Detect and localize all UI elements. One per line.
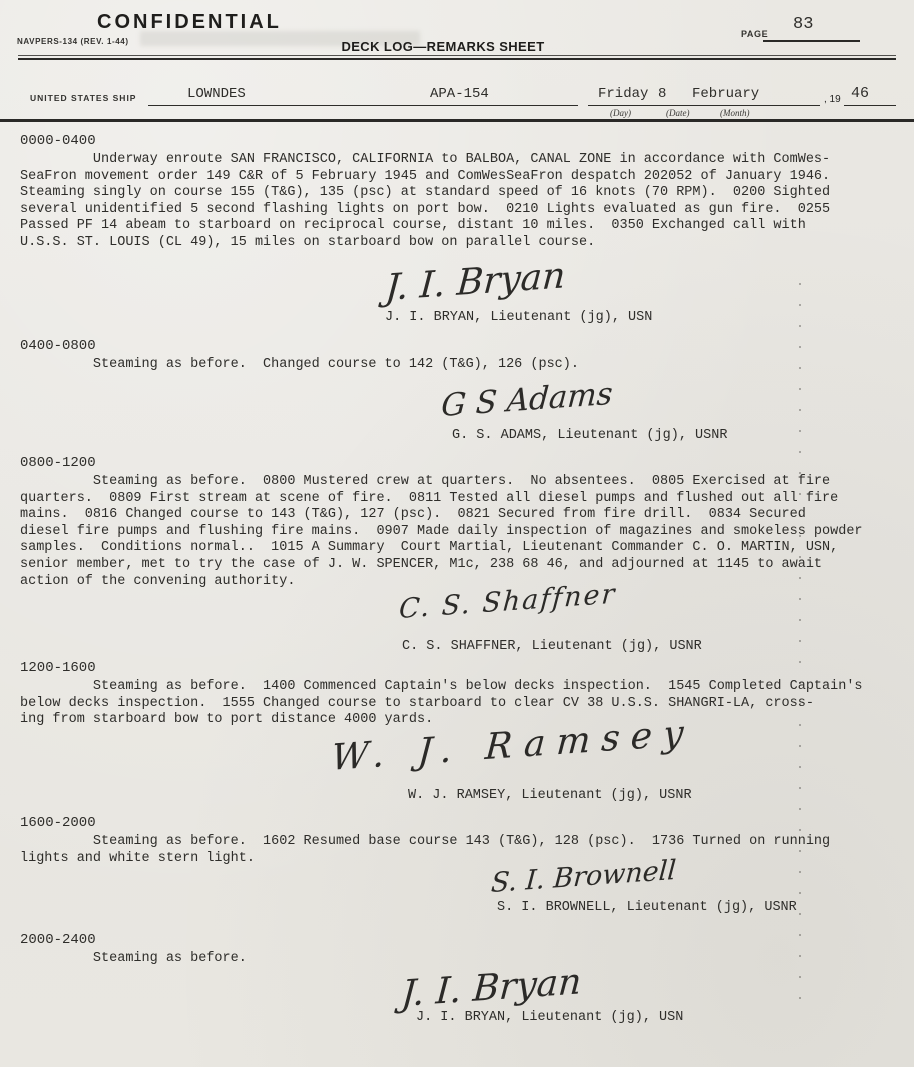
signature-script: J. I. Bryan [384, 255, 567, 309]
year-value: 46 [851, 85, 869, 102]
form-number: NAVPERS-134 (REV. 1-44) [17, 37, 129, 46]
ship-label: UNITED STATES SHIP [30, 93, 136, 103]
header-rule-thick [18, 58, 896, 60]
entry-time-range: 1200-1600 [20, 660, 96, 676]
ship-name: LOWNDES [187, 86, 246, 102]
entry-text: Underway enroute SAN FRANCISCO, CALIFORN… [20, 152, 830, 252]
signature-typed: J. I. BRYAN, Lieutenant (jg), USN [416, 1010, 683, 1025]
entry-time-range: 0400-0800 [20, 338, 96, 354]
entry-text: Steaming as before. Changed course to 14… [20, 357, 579, 374]
entry-time-range: 1600-2000 [20, 815, 96, 831]
date-day: Friday [598, 86, 648, 102]
body-divider-rule [0, 119, 914, 122]
signature-typed: G. S. ADAMS, Lieutenant (jg), USNR [452, 428, 727, 443]
entry-text: Steaming as before. 1602 Resumed base co… [20, 834, 830, 867]
entry-time-range: 0000-0400 [20, 133, 96, 149]
signature-typed: S. I. BROWNELL, Lieutenant (jg), USNR [497, 900, 797, 915]
deck-log-page: { "classification": "CONFIDENTIAL", "for… [0, 0, 914, 1067]
form-title: DECK LOG—REMARKS SHEET [293, 39, 593, 54]
day-caption: (Day) [610, 108, 631, 118]
year-prefix: , 19 [824, 94, 841, 105]
signature-typed: J. I. BRYAN, Lieutenant (jg), USN [385, 310, 652, 325]
month-caption: (Month) [720, 108, 750, 118]
entry-text: Steaming as before. 1400 Commenced Capta… [20, 679, 863, 729]
page-number: 83 [793, 15, 813, 34]
signature-typed: C. S. SHAFFNER, Lieutenant (jg), USNR [402, 639, 702, 654]
page-number-line [763, 40, 860, 42]
signature-script: G S Adams [440, 376, 614, 424]
date-caption: (Date) [666, 108, 690, 118]
page-label: PAGE [741, 29, 768, 39]
date-month: February [692, 86, 759, 102]
signature-typed: W. J. RAMSEY, Lieutenant (jg), USNR [408, 788, 692, 803]
dotted-column [799, 283, 801, 1010]
entry-time-range: 2000-2400 [20, 932, 96, 948]
header-rule-thin [18, 55, 896, 56]
date-number: 8 [658, 86, 666, 102]
signature-script: J. I. Bryan [400, 961, 583, 1015]
hull-number: APA-154 [430, 86, 489, 102]
entry-text: Steaming as before. 0800 Mustered crew a… [20, 474, 863, 590]
entry-time-range: 0800-1200 [20, 455, 96, 471]
entry-text: Steaming as before. [20, 951, 247, 968]
